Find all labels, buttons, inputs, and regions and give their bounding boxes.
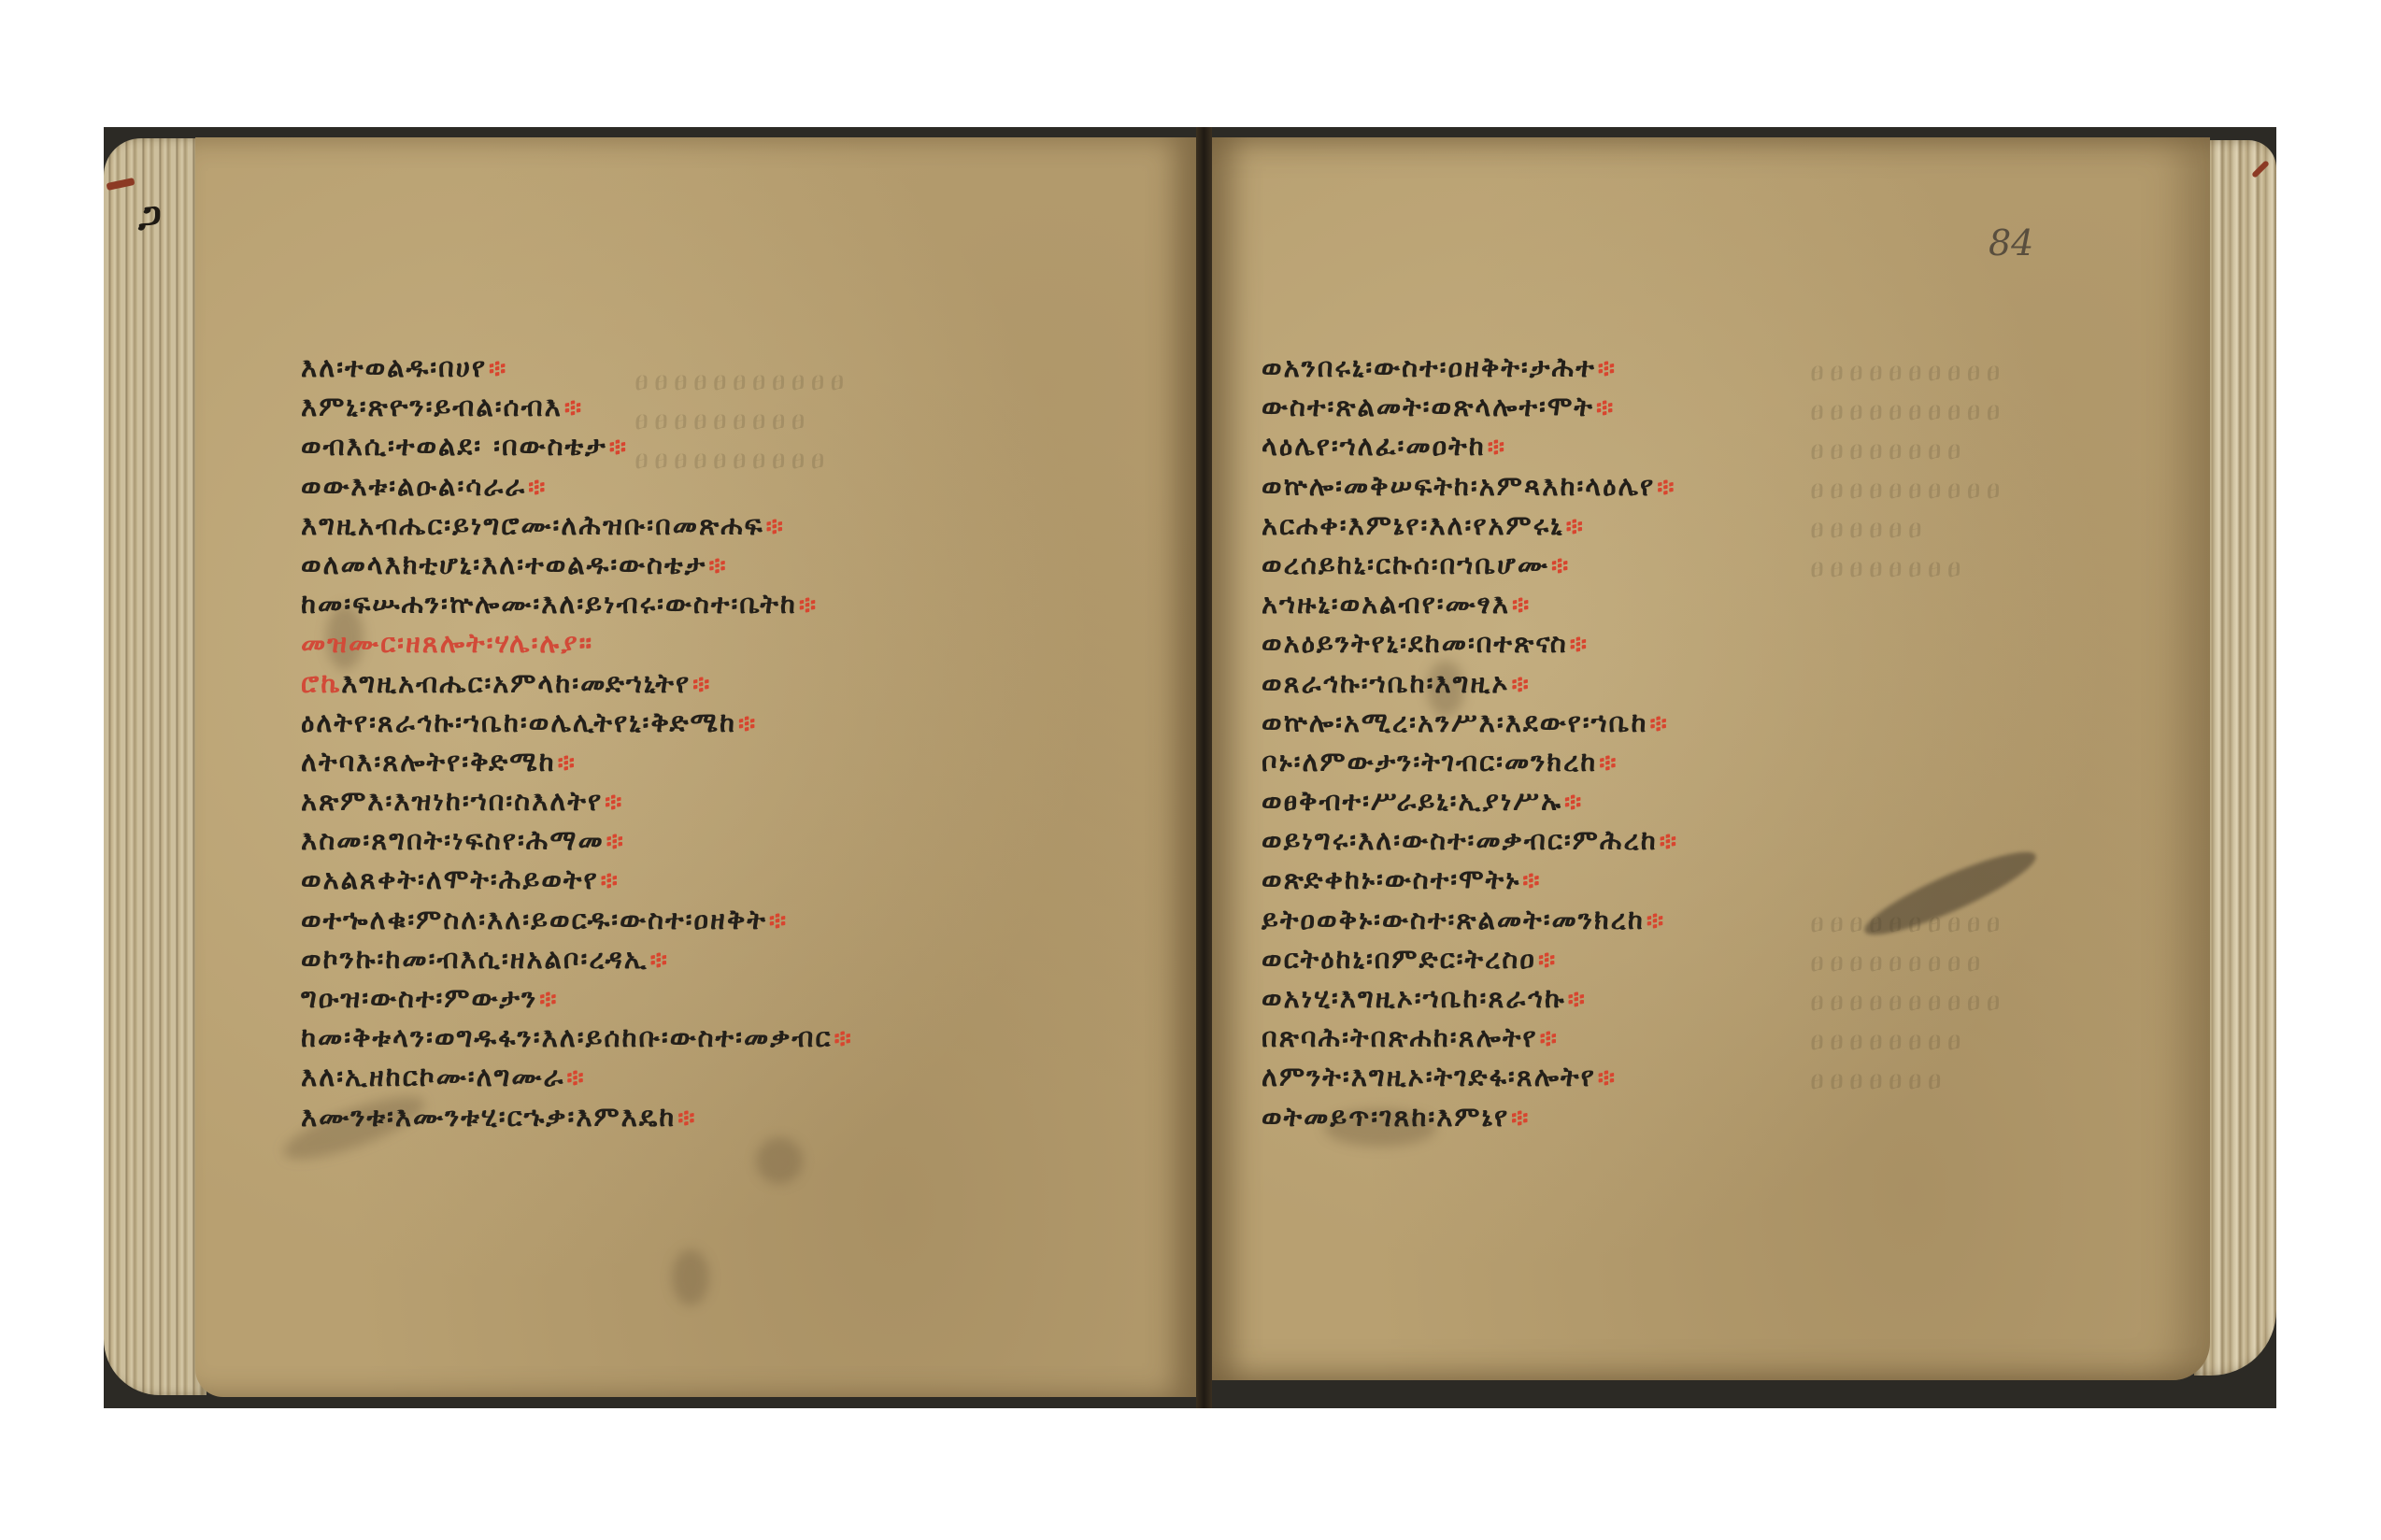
text-line: ወውእቱ፡ልዑል፡ሳራራ፨: [301, 466, 853, 506]
line-text: ውስተ፡ጽልመት፡ወጽላሎተ፡ሞት: [1262, 391, 1594, 422]
line-text: መዝሙር፡ዘጸሎት፡ሃሌ፡ሉያ።: [301, 627, 593, 659]
text-line: ቦኑ፡ለምውታን፡ትገብር፡መንክረከ፨: [1262, 742, 1678, 781]
text-line: ዕለትየ፡ጸራኅኩ፡ኀቤከ፡ወሌሊትየኒ፡ቅድሜከ፨: [301, 703, 853, 742]
verse-divider-icon: ፨: [605, 789, 623, 817]
verse-divider-icon: ፨: [1540, 1025, 1559, 1053]
line-text: እሙንቱ፡እሙንቱሂ፡ርኁቃ፡እምእዴከ: [301, 1101, 676, 1133]
line-text: እግዚአብሔር፡አምላከ፡መድኀኒትየ: [341, 667, 691, 699]
verse-divider-icon: ፨: [738, 710, 757, 738]
text-line: እግዚአብሔር፡ይነግሮሙ፡ለሕዝቡ፡በመጽሐፍ፨: [301, 506, 853, 545]
verse-divider-icon: ፨: [1598, 355, 1617, 383]
text-line: አጽምእ፡እዝነከ፡ኀበ፡ስእለትየ፨: [301, 781, 853, 820]
text-line: ወርትዕከኒ፡በምድር፡ትረስዐ፨: [1262, 939, 1678, 978]
verse-divider-icon: ፨: [1511, 1105, 1530, 1133]
text-line: ወአዕይንትየኒ፡ደከመ፡በተጽናስ፨: [1262, 623, 1678, 663]
line-text: እስመ፡ጸግበት፡ነፍስየ፡ሕማመ: [301, 824, 605, 856]
red-incipit-marker: ሮኬ: [301, 667, 341, 699]
text-line: ወለመላእክቲሆኒ፡እለ፡ተወልዱ፡ውስቴታ፨: [301, 545, 853, 584]
line-text: እለ፡ተወልዱ፡በሀየ: [301, 351, 487, 383]
verse-divider-icon: ፨: [677, 1105, 696, 1133]
verse-divider-icon: ፨: [566, 1064, 585, 1092]
verse-divider-icon: ፨: [1647, 907, 1665, 935]
line-text: ወኵሎ፡አሚረ፡አንሥእ፡እደውየ፡ኀቤከ: [1262, 706, 1648, 738]
line-text: ወለመላእክቲሆኒ፡እለ፡ተወልዱ፡ውስቴታ: [301, 549, 706, 580]
text-line: ወብእሲ፡ተወልደ፡ ፡በውስቴታ፨: [301, 426, 853, 465]
verse-divider-icon: ፨: [601, 867, 620, 895]
line-text: ይትዐወቅኑ፡ውስተ፡ጽልመት፡መንክረከ: [1262, 904, 1645, 935]
verse-divider-icon: ፨: [606, 828, 625, 856]
verse-divider-icon: ፨: [489, 355, 507, 383]
left-page-text: እለ፡ተወልዱ፡በሀየ፨እምኒ፡ጽዮን፡ይብል፡ሰብእ፨ወብእሲ፡ተወልደ፡ ፡…: [301, 348, 853, 1136]
line-text: ወኵሎ፡መቅሠፍትከ፡አምጻእከ፡ላዕሌየ: [1262, 470, 1655, 502]
verse-divider-icon: ፨: [766, 513, 785, 541]
text-line: ወኵሎ፡አሚረ፡አንሥእ፡እደውየ፡ኀቤከ፨: [1262, 703, 1678, 742]
bleed-through-text: ፀፀፀፀፀፀፀፀፀፀ ፀፀፀፀፀፀፀፀፀፀ ፀፀፀፀፀፀፀፀ ፀፀፀፀፀፀፀፀፀ…: [1810, 352, 2005, 588]
text-line: ወፀቅብተ፡ሥራይኒ፡ኢያነሥኡ፨: [1262, 781, 1678, 820]
verse-divider-icon: ፨: [1511, 671, 1530, 699]
line-text: ወጽድቀከኑ፡ውስተ፡ሞትኑ: [1262, 863, 1520, 895]
line-text: ለትባእ፡ጸሎትየ፡ቅድሜከ: [301, 746, 556, 777]
text-line: ውስተ፡ጽልመት፡ወጽላሎተ፡ሞት፨: [1262, 387, 1678, 426]
text-line: ወኵሎ፡መቅሠፍትከ፡አምጻእከ፡ላዕሌየ፨: [1262, 466, 1678, 506]
line-text: ወአንበሩኒ፡ውስተ፡ዐዘቅት፡ታሕተ: [1262, 351, 1596, 383]
verse-divider-icon: ፨: [609, 434, 628, 462]
text-line: ወጸራኅኩ፡ኀቤከ፡እግዚኦ፨: [1262, 663, 1678, 703]
line-text: አርሐቀ፡እምኔየ፡እለ፡የአምሩኒ: [1262, 509, 1564, 541]
verse-divider-icon: ፨: [834, 1025, 852, 1053]
folio-number: 84: [1989, 222, 2033, 264]
text-line: ወተኈለቁ፡ምስለ፡እለ፡ይወርዱ፡ውስተ፡ዐዘቅት፨: [301, 900, 853, 939]
text-line: ሮኬእግዚአብሔር፡አምላከ፡መድኀኒትየ፨: [301, 663, 853, 703]
line-text: ዕለትየ፡ጸራኅኩ፡ኀቤከ፡ወሌሊትየኒ፡ቅድሜከ: [301, 706, 736, 738]
verse-divider-icon: ፨: [1512, 592, 1531, 620]
text-line: ይትዐወቅኑ፡ውስተ፡ጽልመት፡መንክረከ፨: [1262, 900, 1678, 939]
ink-stain: [672, 1249, 709, 1305]
text-line: አርሐቀ፡እምኔየ፡እለ፡የአምሩኒ፨: [1262, 506, 1678, 545]
line-text: ለምንት፡እግዚኦ፡ትገድፋ፡ጸሎትየ: [1262, 1061, 1596, 1092]
text-line: እምኒ፡ጽዮን፡ይብል፡ሰብእ፨: [301, 387, 853, 426]
verse-divider-icon: ፨: [692, 671, 711, 699]
verse-divider-icon: ፨: [650, 947, 669, 975]
text-line: ላዕሌየ፡ኀለፈ፡መዐትከ፨: [1262, 426, 1678, 465]
verse-divider-icon: ፨: [1570, 631, 1589, 659]
text-line: እለ፡ተወልዱ፡በሀየ፨: [301, 348, 853, 387]
verse-divider-icon: ፨: [799, 592, 818, 620]
text-line: ወአነሂ፡እግዚኦ፡ኀቤከ፡ጸራኅኩ፨: [1262, 978, 1678, 1018]
verse-divider-icon: ፨: [1568, 986, 1587, 1014]
verse-divider-icon: ፨: [564, 394, 583, 422]
line-text: እግዚአብሔር፡ይነግሮሙ፡ለሕዝቡ፡በመጽሐፍ: [301, 509, 764, 541]
text-line: ወጽድቀከኑ፡ውስተ፡ሞትኑ፨: [1262, 860, 1678, 899]
line-text: ወይነግሩ፡እለ፡ውስተ፡መቃብር፡ምሕረከ: [1262, 824, 1658, 856]
line-text: ላዕሌየ፡ኀለፈ፡መዐትከ: [1262, 430, 1486, 462]
line-text: ከመ፡ፍሡሐን፡ኵሎሙ፡እለ፡ይነብሩ፡ውስተ፡ቤትከ: [301, 588, 797, 620]
verse-divider-icon: ፨: [1522, 867, 1541, 895]
text-line: ወኮንኩ፡ከመ፡ብእሲ፡ዘአልቦ፡ረዳኢ፨: [301, 939, 853, 978]
line-text: ወብእሲ፡ተወልደ፡ ፡በውስቴታ: [301, 430, 607, 462]
line-text: ወአልጸቀት፡ለሞት፡ሕይወትየ: [301, 863, 599, 895]
verse-divider-icon: ፨: [1660, 828, 1678, 856]
line-text: ወአዕይንትየኒ፡ደከመ፡በተጽናስ: [1262, 627, 1568, 659]
verse-divider-icon: ፨: [1551, 552, 1570, 580]
line-text: በጽባሕ፡ትበጽሐከ፡ጸሎትየ: [1262, 1021, 1538, 1053]
bleed-through-text: ፀፀፀፀፀፀፀፀፀፀ ፀፀፀፀፀፀፀፀፀ ፀፀፀፀፀፀፀፀፀፀ ፀፀፀፀፀፀፀፀ…: [1810, 904, 2005, 1100]
text-line: ወረሰይከኒ፡ርኩሰ፡በኀቤሆሙ፨: [1262, 545, 1678, 584]
line-text: ቦኑ፡ለምውታን፡ትገብር፡መንክረከ: [1262, 746, 1597, 777]
verse-divider-icon: ፨: [1599, 749, 1618, 777]
rubric-heading: መዝሙር፡ዘጸሎት፡ሃሌ፡ሉያ።: [301, 623, 853, 663]
text-line: ለትባእ፡ጸሎትየ፡ቅድሜከ፨: [301, 742, 853, 781]
line-text: ወረሰይከኒ፡ርኩሰ፡በኀቤሆሙ: [1262, 549, 1549, 580]
verse-divider-icon: ፨: [769, 907, 788, 935]
text-line: ከመ፡ቅቱላን፡ወግዱፋን፡እለ፡ይሰከቡ፡ውስተ፡መቃብር፨: [301, 1018, 853, 1057]
line-text: ወርትዕከኒ፡በምድር፡ትረስዐ: [1262, 943, 1536, 975]
line-text: ወትመይጥ፡ገጸከ፡እምኔየ: [1262, 1101, 1509, 1133]
right-page-text: ወአንበሩኒ፡ውስተ፡ዐዘቅት፡ታሕተ፨ውስተ፡ጽልመት፡ወጽላሎተ፡ሞት፨ላዕ…: [1262, 348, 1678, 1136]
verse-divider-icon: ፨: [1650, 710, 1669, 738]
book-gutter: [1196, 127, 1212, 1408]
verse-divider-icon: ፨: [1598, 1064, 1617, 1092]
text-line: ግዑዝ፡ውስተ፡ምውታን፨: [301, 978, 853, 1018]
text-line: ወአንበሩኒ፡ውስተ፡ዐዘቅት፡ታሕተ፨: [1262, 348, 1678, 387]
verse-divider-icon: ፨: [539, 986, 558, 1014]
text-line: እለ፡ኢዘከርኮሙ፡ለግሙራ፨: [301, 1057, 853, 1096]
text-line: ወትመይጥ፡ገጸከ፡እምኔየ፨: [1262, 1097, 1678, 1136]
verse-divider-icon: ፨: [528, 474, 547, 502]
line-text: እምኒ፡ጽዮን፡ይብል፡ሰብእ: [301, 391, 563, 422]
line-text: ወአነሂ፡እግዚኦ፡ኀቤከ፡ጸራኅኩ: [1262, 982, 1566, 1014]
verse-divider-icon: ፨: [1538, 947, 1557, 975]
text-line: እሙንቱ፡እሙንቱሂ፡ርኁቃ፡እምእዴከ፨: [301, 1097, 853, 1136]
verse-divider-icon: ፨: [1596, 394, 1615, 422]
verse-divider-icon: ፨: [558, 749, 577, 777]
verse-divider-icon: ፨: [1566, 513, 1585, 541]
verse-divider-icon: ፨: [1564, 789, 1583, 817]
line-text: አኀዙኒ፡ወአልብየ፡ሙፃእ: [1262, 588, 1510, 620]
left-page-edges: [104, 138, 207, 1395]
line-text: ወውእቱ፡ልዑል፡ሳራራ: [301, 470, 526, 502]
line-text: አጽምእ፡እዝነከ፡ኀበ፡ስእለትየ: [301, 785, 603, 817]
text-line: ወይነግሩ፡እለ፡ውስተ፡መቃብር፡ምሕረከ፨: [1262, 820, 1678, 860]
text-line: እስመ፡ጸግበት፡ነፍስየ፡ሕማመ፨: [301, 820, 853, 860]
line-text: ወኮንኩ፡ከመ፡ብእሲ፡ዘአልቦ፡ረዳኢ: [301, 943, 649, 975]
ink-stain: [756, 1137, 803, 1184]
line-text: ወፀቅብተ፡ሥራይኒ፡ኢያነሥኡ: [1262, 785, 1562, 817]
gathering-mark: ጋ: [138, 194, 162, 237]
line-text: እለ፡ኢዘከርኮሙ፡ለግሙራ: [301, 1061, 564, 1092]
line-text: ወተኈለቁ፡ምስለ፡እለ፡ይወርዱ፡ውስተ፡ዐዘቅት: [301, 904, 767, 935]
text-line: ወአልጸቀት፡ለሞት፡ሕይወትየ፨: [301, 860, 853, 899]
verse-divider-icon: ፨: [708, 552, 727, 580]
verse-divider-icon: ፨: [1657, 474, 1675, 502]
text-line: ለምንት፡እግዚኦ፡ትገድፋ፡ጸሎትየ፨: [1262, 1057, 1678, 1096]
line-text: ከመ፡ቅቱላን፡ወግዱፋን፡እለ፡ይሰከቡ፡ውስተ፡መቃብር: [301, 1021, 832, 1053]
verse-divider-icon: ፨: [1488, 434, 1506, 462]
text-line: ከመ፡ፍሡሐን፡ኵሎሙ፡እለ፡ይነብሩ፡ውስተ፡ቤትከ፨: [301, 584, 853, 623]
text-line: አኀዙኒ፡ወአልብየ፡ሙፃእ፨: [1262, 584, 1678, 623]
text-line: በጽባሕ፡ትበጽሐከ፡ጸሎትየ፨: [1262, 1018, 1678, 1057]
line-text: ግዑዝ፡ውስተ፡ምውታን: [301, 982, 537, 1014]
line-text: ወጸራኅኩ፡ኀቤከ፡እግዚኦ: [1262, 667, 1509, 699]
